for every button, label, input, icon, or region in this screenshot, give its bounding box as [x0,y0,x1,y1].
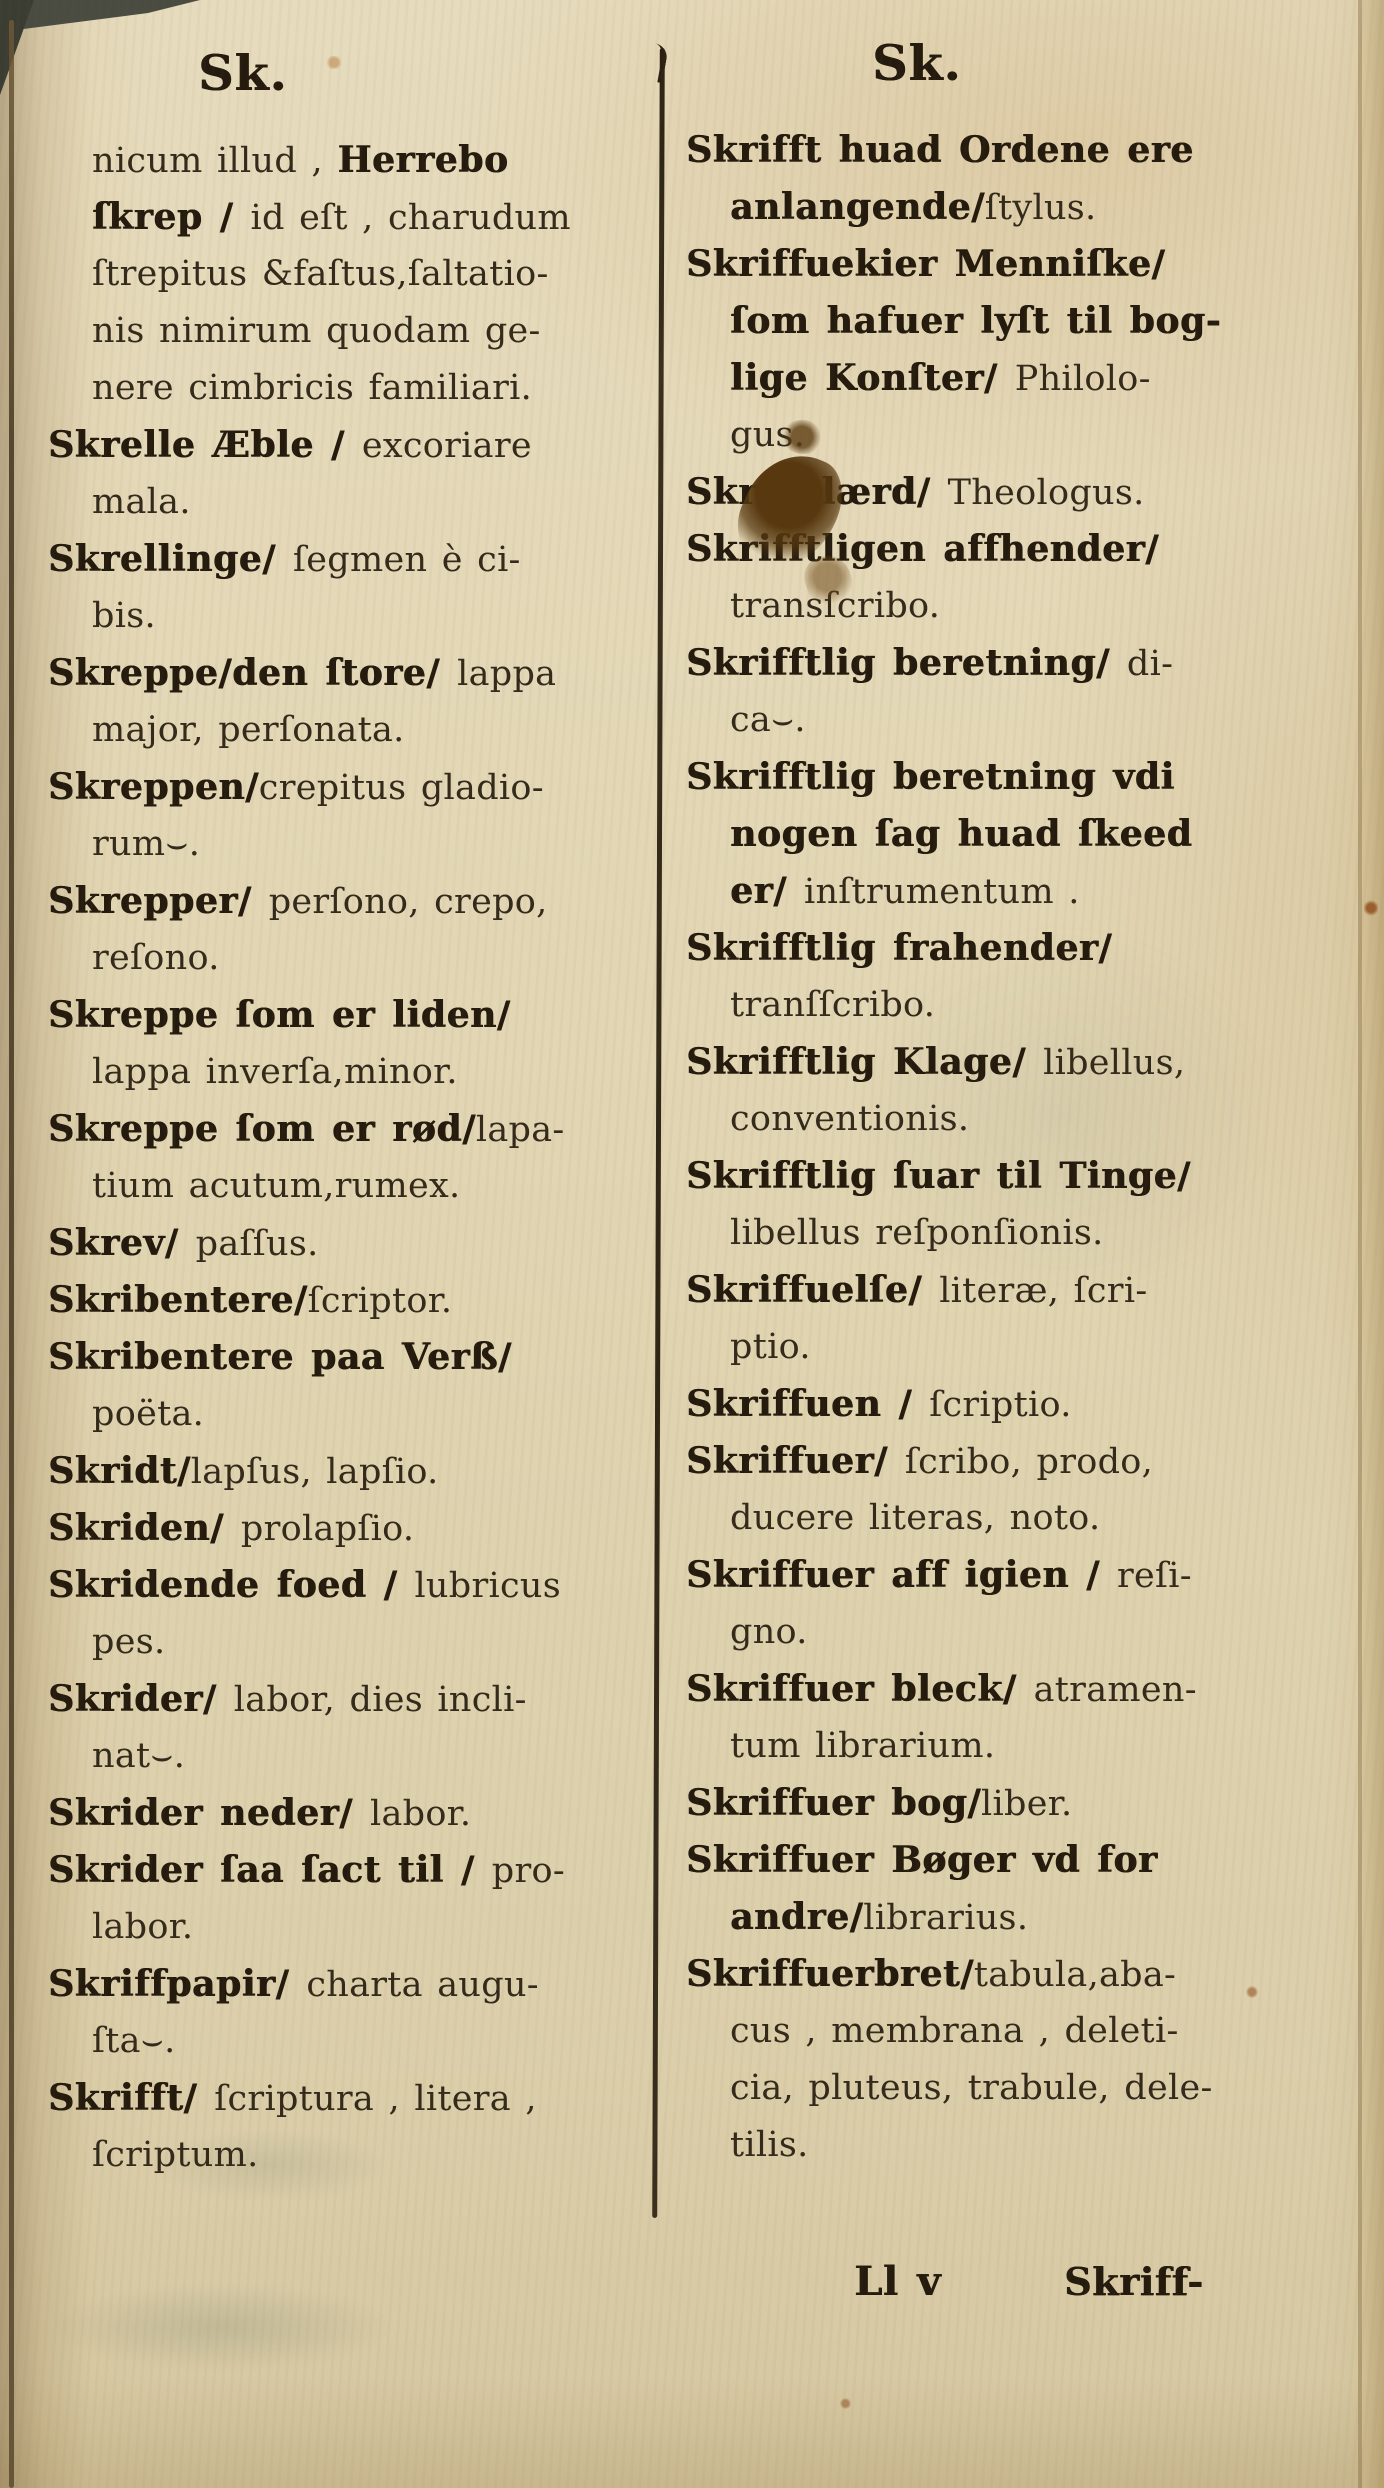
dictionary-text-line: Skriden/ prolapſio. [48,1500,660,1557]
headword-blackletter-text: Skrifft/ [48,2077,214,2119]
headword-blackletter-text: Skriffuer/ [686,1440,905,1482]
latin-gloss-text: ptio. [730,1327,811,1367]
dictionary-text-line: nogen ſag huad ſkeed [686,806,1376,863]
dictionary-text-line: andre/librarius. [686,1889,1376,1946]
dictionary-text-line: anlangende/ſtylus. [686,179,1376,236]
dictionary-text-line: rum⌣. [48,816,660,873]
headword-blackletter-text: Skrellinge/ [48,538,293,580]
dictionary-text-line: Skriffuer aff igien / reſi- [686,1547,1376,1604]
headword-blackletter-text: ſkrep / [92,196,251,238]
dictionary-text-line: Skrifftligen affhender/ [686,521,1376,578]
latin-gloss-text: inſtrumentum . [804,872,1080,912]
dictionary-text-line: Skrellinge/ ſegmen è ci- [48,531,660,588]
dictionary-text-line: nicum illud , Herrebo [48,132,660,189]
dictionary-text-line: Skriffuerbret/tabula,aba- [686,1946,1376,2003]
dictionary-text-line: reſono. [48,930,660,987]
dictionary-text-line: ducere literas, noto. [686,1490,1376,1547]
dictionary-text-line: Skriffuer Bøger vd for [686,1832,1376,1889]
book-page-scan: Sk. Sk. nicum illud , Herreboſkrep / id … [0,0,1384,2488]
dictionary-text-line: ſcriptum. [48,2127,660,2184]
headword-blackletter-text: ſom hafuer lyſt til bog- [730,300,1221,342]
dictionary-text-line: Skridende foed / lubricus [48,1557,660,1614]
latin-gloss-text: gus. [730,415,805,455]
dictionary-column-right: Skrifft huad Ordene ereanlangende/ſtylus… [686,122,1376,2174]
dictionary-text-line: cia, pluteus, trabule, dele- [686,2060,1376,2117]
dictionary-text-line: Skrifftlig frahender/ [686,920,1376,977]
latin-gloss-text: crepitus gladio- [259,768,544,808]
running-header-left: Sk. [198,44,287,102]
latin-gloss-text: Philolo- [1015,359,1151,399]
headword-blackletter-text: Skrider neder/ [48,1792,370,1834]
headword-blackletter-text: Skridt/ [48,1450,191,1492]
latin-gloss-text: bis. [92,596,156,636]
dictionary-text-line: Skreppen/crepitus gladio- [48,759,660,816]
headword-blackletter-text: Skrifft huad Ordene ere [686,129,1194,171]
dictionary-text-line: ſta⌣. [48,2013,660,2070]
running-header-right: Sk. [872,34,961,92]
headword-blackletter-text: Skriffpapir/ [48,1963,306,2005]
headword-blackletter-text: anlangende/ [730,186,985,228]
headword-blackletter-text: Skrider ſaa ſact til / [48,1849,492,1891]
latin-gloss-text: libellus reſponſionis. [730,1213,1104,1253]
dictionary-text-line: Skrifftlig Klage/ libellus, [686,1034,1376,1091]
latin-gloss-text: mala. [92,482,191,522]
dictionary-text-line: Skriffuekier Menniſke/ [686,236,1376,293]
headword-blackletter-text: Skriffuerbret/ [686,1953,974,1995]
headword-blackletter-text: Skrifftlig beretning vdi [686,756,1175,798]
headword-blackletter-text: lige Konſter/ [730,357,1015,399]
latin-gloss-text: rum⌣. [92,824,200,864]
headword-blackletter-text: Skrifftlig ſuar til Tinge/ [686,1155,1191,1197]
latin-gloss-text: liber. [981,1784,1072,1824]
dictionary-column-left: nicum illud , Herreboſkrep / id eſt , ch… [48,132,660,2184]
headword-blackletter-text: Skrifftligen affhender/ [686,528,1159,570]
latin-gloss-text: ſtylus. [985,188,1097,228]
dictionary-text-line: bis. [48,588,660,645]
dictionary-text-line: Skrifftlig ſuar til Tinge/ [686,1148,1376,1205]
latin-gloss-text: poëta. [92,1394,204,1434]
show-through-ghost-text [52,2284,392,2370]
latin-gloss-text: labor, dies incli- [234,1680,527,1720]
headword-blackletter-text: Skrifftlig Klage/ [686,1041,1043,1083]
latin-gloss-text: reſi- [1117,1556,1192,1596]
dictionary-text-line: ſtrepitus &faſtus,ſaltatio- [48,246,660,303]
latin-gloss-text: labor. [92,1907,193,1947]
headword-blackletter-text: Skriffuekier Menniſke/ [686,243,1165,285]
dictionary-text-line: poëta. [48,1386,660,1443]
latin-gloss-text: labor. [370,1794,471,1834]
latin-gloss-text: libellus, [1043,1043,1185,1083]
latin-gloss-text: pro- [492,1851,565,1891]
dictionary-text-line: Skribentere paa Verß/ [48,1329,660,1386]
dictionary-text-line: ca⌣. [686,692,1376,749]
latin-gloss-text: tabula,aba- [974,1955,1176,1995]
headword-blackletter-text: Skridende foed / [48,1564,414,1606]
latin-gloss-text: lapa- [476,1110,565,1150]
dictionary-text-line: gus. [686,407,1376,464]
headword-blackletter-text: Skribentere/ [48,1279,308,1321]
dictionary-text-line: ſkrep / id eſt , charudum [48,189,660,246]
dictionary-text-line: pes. [48,1614,660,1671]
dictionary-text-line: Skrider/ labor, dies incli- [48,1671,660,1728]
binding-crease-line [9,20,14,2488]
latin-gloss-text: reſono. [92,938,220,978]
dictionary-text-line: Skrifftlærd/ Theologus. [686,464,1376,521]
headword-blackletter-text: Skriffuen / [686,1383,929,1425]
dictionary-text-line: tium acutum,rumex. [48,1158,660,1215]
headword-blackletter-text: Skrifftlærd/ [686,471,948,513]
dictionary-text-line: Skrelle Æble / excoriare [48,417,660,474]
dictionary-text-line: Skriffuen / ſcriptio. [686,1376,1376,1433]
dictionary-text-line: Skreppe ſom er liden/ [48,987,660,1044]
latin-gloss-text: tium acutum,rumex. [92,1166,460,1206]
dictionary-text-line: nere cimbricis familiari. [48,360,660,417]
latin-gloss-text: cia, pluteus, trabule, dele- [730,2068,1213,2108]
dictionary-text-line: Skridt/lapſus, lapſio. [48,1443,660,1500]
headword-blackletter-text: Skrelle Æble / [48,424,362,466]
dictionary-text-line: transſcribo. [686,578,1376,635]
latin-gloss-text: paſſus. [196,1224,319,1264]
headword-blackletter-text: Skreppe ſom er liden/ [48,994,510,1036]
headword-blackletter-text: Skriffuer bog/ [686,1782,981,1824]
dictionary-text-line: conventionis. [686,1091,1376,1148]
latin-gloss-text: nat⌣. [92,1736,185,1776]
headword-blackletter-text: Skriffuer Bøger vd for [686,1839,1157,1881]
latin-gloss-text: ca⌣. [730,700,806,740]
latin-gloss-text: di- [1127,644,1173,684]
latin-gloss-text: charta augu- [306,1965,539,2005]
dictionary-text-line: Skrifftlig beretning/ di- [686,635,1376,692]
headword-blackletter-text: Skreppen/ [48,766,259,808]
latin-gloss-text: cus , membrana , deleti- [730,2011,1179,2051]
latin-gloss-text: tilis. [730,2125,809,2165]
dictionary-text-line: Skreppe/den ſtore/ lappa [48,645,660,702]
latin-gloss-text: ſtrepitus &faſtus,ſaltatio- [92,254,549,294]
latin-gloss-text: ſcriptum. [92,2135,259,2175]
dictionary-text-line: Skrifftlig beretning vdi [686,749,1376,806]
headword-blackletter-text: Skribentere paa Verß/ [48,1336,512,1378]
latin-gloss-text: excoriare [362,426,532,466]
headword-blackletter-text: Skriffuer bleck/ [686,1668,1034,1710]
latin-gloss-text: lappa [457,654,556,694]
headword-blackletter-text: Skrifftlig frahender/ [686,927,1112,969]
dictionary-text-line: mala. [48,474,660,531]
latin-gloss-text: major, perſonata. [92,710,405,750]
latin-gloss-text: ſcriptura , litera , [214,2079,536,2119]
signature-catchword-row: Ll v Skriff- [686,2252,1336,2312]
dictionary-text-line: Skriffuer bog/liber. [686,1775,1376,1832]
dictionary-text-line: Skriffpapir/ charta augu- [48,1956,660,2013]
latin-gloss-text: perſono, crepo, [269,882,548,922]
latin-gloss-text: id eſt , charudum [251,198,571,238]
dictionary-text-line: Skrifft huad Ordene ere [686,122,1376,179]
headword-blackletter-text: andre/ [730,1896,863,1938]
dictionary-text-line: er/ inſtrumentum . [686,863,1376,920]
latin-gloss-text: nere cimbricis familiari. [92,368,532,408]
latin-gloss-text: lubricus [414,1566,561,1606]
latin-gloss-text: nis nimirum quodam ge- [92,311,541,351]
latin-gloss-text: ſcribo, prodo, [905,1442,1153,1482]
latin-gloss-text: ſcriptio. [929,1385,1071,1425]
latin-gloss-text: tranſſcribo. [730,985,935,1025]
headword-blackletter-text: Herrebo [337,139,508,181]
latin-gloss-text: ſcriptor. [308,1281,453,1321]
latin-gloss-text: ducere literas, noto. [730,1498,1100,1538]
dictionary-text-line: Skrifft/ ſcriptura , litera , [48,2070,660,2127]
latin-gloss-text: lappa inverſa,minor. [92,1052,458,1092]
headword-blackletter-text: nogen ſag huad ſkeed [730,813,1192,855]
dictionary-text-line: tum librarium. [686,1718,1376,1775]
dictionary-text-line: libellus reſponſionis. [686,1205,1376,1262]
dictionary-text-line: Skrider ſaa ſact til / pro- [48,1842,660,1899]
latin-gloss-text: atramen- [1034,1670,1197,1710]
latin-gloss-text: ſta⌣. [92,2021,176,2061]
headword-blackletter-text: Skrider/ [48,1678,234,1720]
dictionary-text-line: ſom hafuer lyſt til bog- [686,293,1376,350]
dictionary-text-line: tilis. [686,2117,1376,2174]
headword-blackletter-text: Skrifftlig beretning/ [686,642,1127,684]
dictionary-text-line: Skriffuer/ ſcribo, prodo, [686,1433,1376,1490]
dictionary-text-line: gno. [686,1604,1376,1661]
rust-spot [326,56,342,69]
dictionary-text-line: major, perſonata. [48,702,660,759]
dictionary-text-line: cus , membrana , deleti- [686,2003,1376,2060]
headword-blackletter-text: Skrepper/ [48,880,269,922]
latin-gloss-text: pes. [92,1622,165,1662]
dictionary-text-line: labor. [48,1899,660,1956]
latin-gloss-text: prolapſio. [241,1509,414,1549]
headword-blackletter-text: Skreppe/den ſtore/ [48,652,457,694]
latin-gloss-text: gno. [730,1612,808,1652]
latin-gloss-text: tum librarium. [730,1726,995,1766]
headword-blackletter-text: Skriden/ [48,1507,241,1549]
latin-gloss-text: librarius. [863,1898,1028,1938]
latin-gloss-text: lapſus, lapſio. [191,1452,439,1492]
quire-signature: Ll v [854,2258,941,2305]
dictionary-text-line: Skribentere/ſcriptor. [48,1272,660,1329]
rust-spot [840,2398,851,2409]
headword-blackletter-text: Skriffuer aff igien / [686,1554,1117,1596]
dictionary-text-line: Skreppe ſom er rød/lapa- [48,1101,660,1158]
latin-gloss-text: Theologus. [948,473,1145,513]
headword-blackletter-text: Skrev/ [48,1222,196,1264]
dictionary-text-line: Skrev/ paſſus. [48,1215,660,1272]
dictionary-text-line: Skriffuer bleck/ atramen- [686,1661,1376,1718]
latin-gloss-text: literæ, ſcri- [939,1271,1147,1311]
dictionary-text-line: tranſſcribo. [686,977,1376,1034]
dictionary-text-line: Skrider neder/ labor. [48,1785,660,1842]
latin-gloss-text: conventionis. [730,1099,969,1139]
dictionary-text-line: ptio. [686,1319,1376,1376]
dictionary-text-line: nis nimirum quodam ge- [48,303,660,360]
dictionary-text-line: lappa inverſa,minor. [48,1044,660,1101]
latin-gloss-text: ſegmen è ci- [293,540,521,580]
latin-gloss-text: transſcribo. [730,586,940,626]
headword-blackletter-text: Skreppe ſom er rød/ [48,1108,476,1150]
latin-gloss-text: nicum illud , [92,141,337,181]
dictionary-text-line: Skriffuelſe/ literæ, ſcri- [686,1262,1376,1319]
catchword: Skriff- [1064,2259,1204,2304]
dictionary-text-line: Skrepper/ perſono, crepo, [48,873,660,930]
headword-blackletter-text: er/ [730,870,804,912]
dictionary-text-line: nat⌣. [48,1728,660,1785]
dictionary-text-line: lige Konſter/ Philolo- [686,350,1376,407]
headword-blackletter-text: Skriffuelſe/ [686,1269,939,1311]
